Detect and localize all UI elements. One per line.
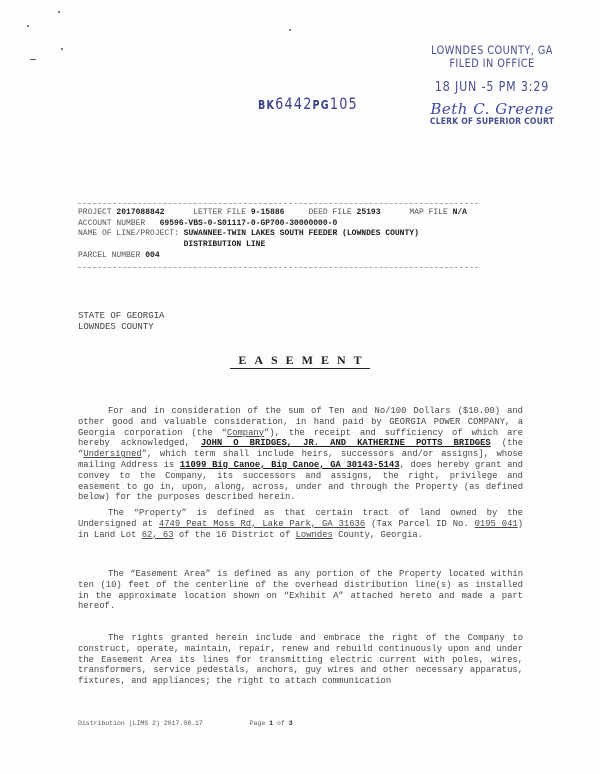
property-address: 4749 Peat Moss Rd, Lake Park, GA 31636 (159, 519, 365, 529)
venue: STATE OF GEORGIA LOWNDES COUNTY (78, 311, 164, 333)
land-lot: 62, 63 (142, 530, 174, 540)
document-title: EASEMENT (0, 353, 600, 368)
stamp-clerk-title: CLERK OF SUPERIOR COURT (420, 117, 564, 127)
property-paragraph: The “Property” is defined as that certai… (78, 508, 523, 540)
page-number: 1 (269, 720, 273, 727)
mailing-address: 11099 Big Canoe, Big Canoe, GA 30143-514… (180, 460, 400, 470)
filing-stamp: LOWNDES COUNTY, GA FILED IN OFFICE 18 JU… (412, 44, 572, 127)
rights-paragraph: The rights granted herein include and em… (78, 633, 523, 687)
divider (78, 203, 478, 204)
line-row-2: DISTRIBUTION LINE (78, 240, 467, 251)
grantor-names: JOHN O BRIDGES, JR. AND KATHERINE POTTS … (201, 438, 491, 448)
scan-speck (58, 11, 60, 13)
easement-area-paragraph: The “Easement Area” is defined as any po… (78, 569, 523, 612)
tax-parcel-id: 0195 041 (475, 519, 518, 529)
parcel-row: PARCEL NUMBER 004 (78, 251, 467, 262)
county-name: Lowndes (296, 530, 333, 540)
book-page-stamp: BK6442PG105 (258, 94, 358, 113)
scan-speck (27, 25, 29, 27)
project-info: PROJECT 2017088842 LETTER FILE 9-15886 D… (78, 208, 467, 262)
page-total: 3 (289, 720, 293, 727)
divider (78, 267, 478, 268)
account-row: ACCOUNT NUMBER 69596-VBS-0-S01117-0-GP70… (78, 219, 467, 230)
consideration-paragraph: For and in consideration of the sum of T… (78, 406, 523, 503)
form-id: Distribution (LIMS 2) 2017.08.17 (78, 720, 203, 727)
venue-state: STATE OF GEORGIA (78, 311, 164, 322)
stamp-filed: FILED IN OFFICE (424, 57, 560, 70)
stamp-date-time: 18 JUN -5 PM 3:29 (424, 80, 560, 95)
page-footer: Distribution (LIMS 2) 2017.08.17 Page 1 … (78, 720, 293, 727)
scan-speck (30, 59, 36, 60)
scan-speck (289, 29, 291, 31)
project-row: PROJECT 2017088842 LETTER FILE 9-15886 D… (78, 208, 467, 219)
scan-speck (61, 48, 63, 50)
clerk-signature: Beth C. Greene (412, 100, 572, 118)
venue-county: LOWNDES COUNTY (78, 322, 164, 333)
line-row: NAME OF LINE/PROJECT: SUWANNEE-TWIN LAKE… (78, 229, 467, 240)
